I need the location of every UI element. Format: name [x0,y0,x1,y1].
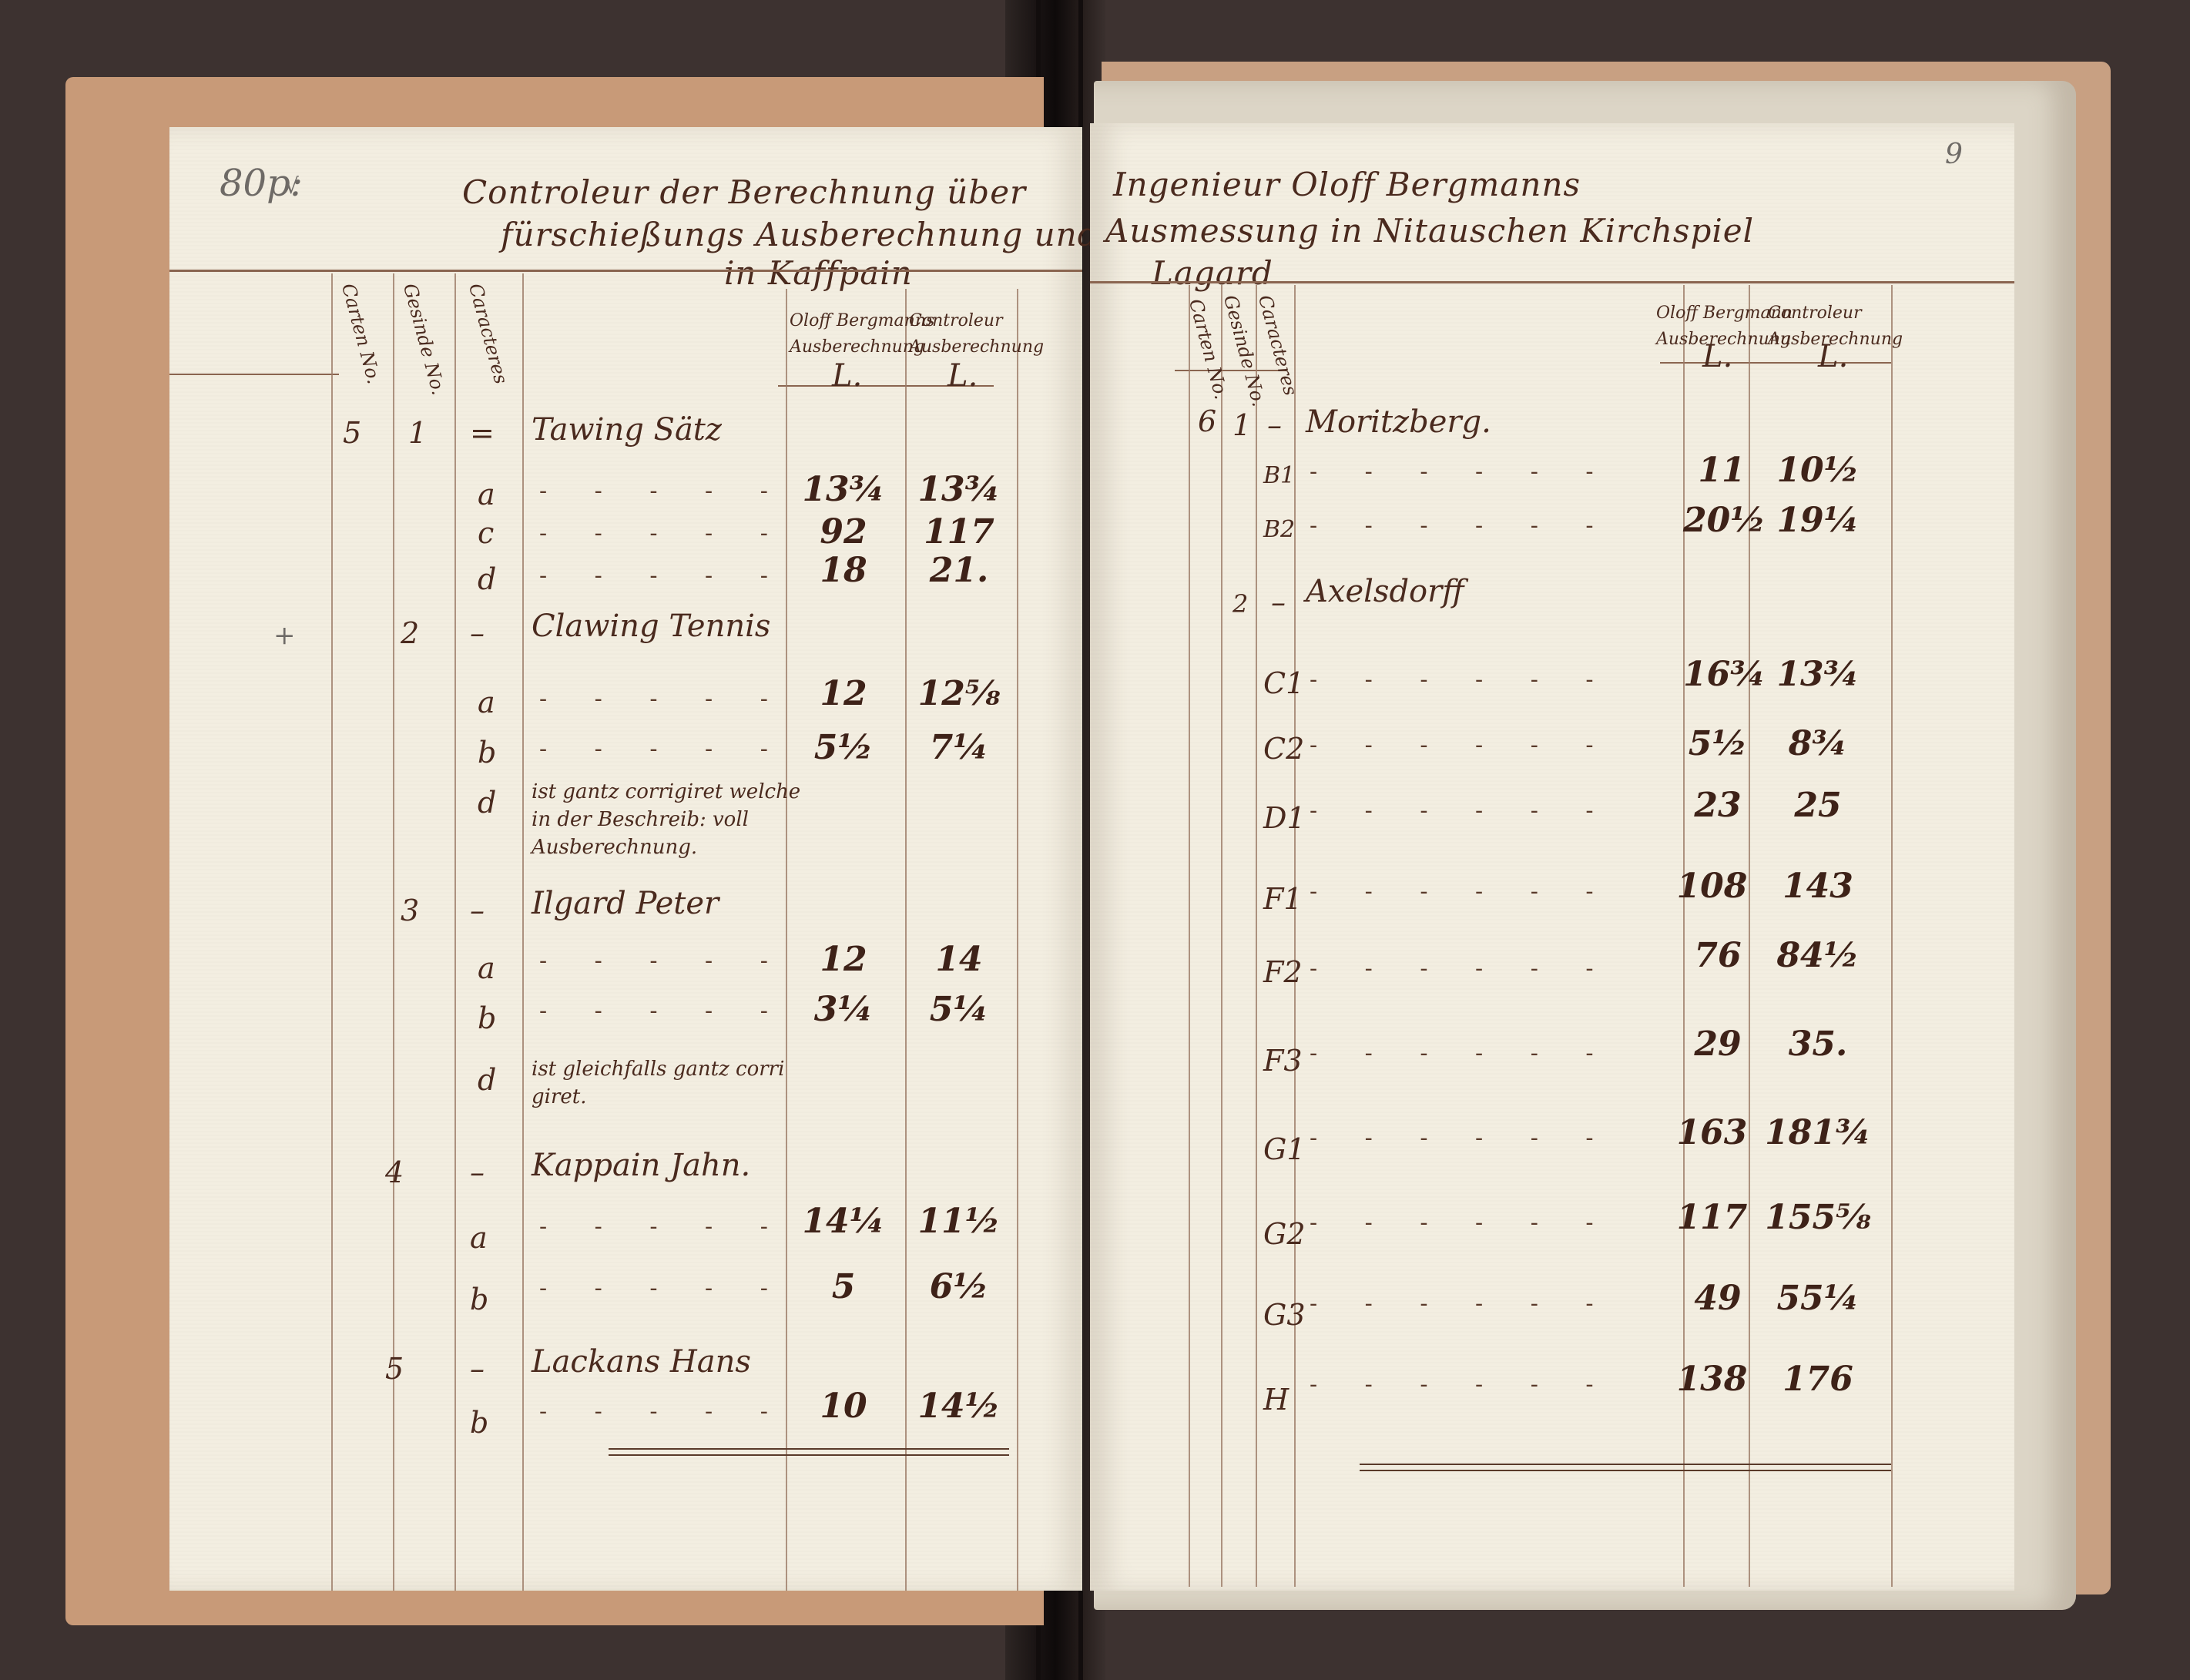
column-divider [1189,285,1190,1587]
char-mark: = [470,416,495,450]
heading-right-line1: Ingenieur Oloff Bergmanns [1113,166,1581,203]
farm-name: Kappain Jahn. [532,1148,750,1183]
column-header-carten: Carten No. [337,281,385,386]
column-divider [454,273,456,1591]
char-mark: a [470,1221,488,1255]
leader-dashes: - - - - - [539,1275,788,1302]
bergmann-amount: 5½ [1683,724,1752,763]
controleur-amount: 5¼ [913,990,1005,1029]
char-mark: C2 [1263,732,1304,766]
column-header-controleur-line1: Controleur [1768,300,1903,327]
leader-dashes: - - - - - [539,736,788,763]
leader-dashes: - - - - - [539,998,788,1024]
heading-left-line1: Controleur der Berechnung über [462,173,1026,211]
controleur-amount: 11½ [913,1202,1005,1241]
bergmann-amount: 163 [1672,1113,1752,1152]
bergmann-amount: 108 [1672,867,1752,906]
farm-name: Clawing Tennis [532,609,770,644]
char-mark: c [478,516,494,550]
char-mark: b [478,1001,496,1035]
char-mark: d [478,562,496,596]
leader-dashes: - - - - - [539,1213,788,1240]
bergmann-amount: 76 [1683,936,1752,975]
char-mark: G2 [1263,1217,1306,1251]
column-divider [1256,285,1257,1587]
gesinde-number: 1 [1233,408,1251,442]
gesinde-number: 5 [385,1352,404,1386]
bergmann-amount: 29 [1683,1024,1752,1064]
controleur-amount: 8¾ [1760,724,1876,763]
char-mark: b [470,1283,488,1316]
bergmann-amount: 138 [1672,1360,1752,1399]
leader-dashes: - - - - - - [1310,666,1614,693]
bergmann-amount: 5 [797,1267,890,1306]
char-mark: B1 [1263,462,1295,489]
controleur-amount: 19¼ [1760,501,1876,540]
carte-number: 5 [343,416,361,450]
bergmann-amount: 92 [797,512,890,552]
column-header-caracteres: Caracteres [464,281,512,386]
heading-right-line2: Ausmessung in Nitauschen Kirchspiel [1105,212,1754,250]
column-header-rule [169,374,339,375]
left-page: 80p: √ + Controleur der Berechnung über … [169,127,1082,1591]
controleur-amount: 6½ [913,1267,1005,1306]
farm-name: Axelsdorff [1306,574,1464,609]
bergmann-amount: 18 [797,551,890,590]
correction-note: ist gleichfalls gantz corri giret. [532,1055,784,1111]
controleur-amount: 84½ [1760,936,1876,975]
char-mark: a [478,686,495,719]
char-mark: F2 [1263,955,1303,989]
char-mark: G3 [1263,1298,1306,1332]
char-mark: b [470,1406,488,1440]
correction-note-line3: Ausberechnung. [532,833,800,861]
leader-dashes: - - - - - - [1310,1209,1614,1236]
amount-header-rule [1660,362,1891,364]
column-header-controleur-line1: Controleur [909,308,1044,334]
heading-left-line2: fürschießungs Ausberechnung und [501,216,1099,253]
column-divider [393,273,394,1591]
closing-double-rule [609,1448,1009,1456]
char-mark: a [478,951,495,985]
leader-dashes: - - - - - [539,520,788,547]
char-mark: b [478,736,496,770]
controleur-amount: 117 [913,512,1005,552]
leader-dashes: - - - - - - [1310,955,1614,982]
bergmann-amount: 5½ [797,728,890,767]
pencil-page-number: 9 [1945,139,1963,170]
leader-dashes: - - - - - - [1310,512,1614,539]
gesinde-number: 3 [401,894,419,927]
char-mark: F3 [1263,1044,1303,1078]
gesinde-number: 1 [408,416,427,450]
leader-dashes: - - - - - [539,1398,788,1425]
leader-dashes: - - - - - - [1310,458,1614,485]
pencil-check-mark: √ [285,173,299,199]
char-mark: – [470,1352,485,1386]
correction-note: ist gantz corrigiret welche in der Besch… [532,778,800,861]
leader-dashes: - - - - - - [1310,797,1614,824]
leader-dashes: - - - - - - [1310,1040,1614,1067]
correction-note-line2: in der Beschreib: voll [532,806,800,833]
controleur-amount: 14 [913,940,1005,979]
column-divider [1017,289,1018,1591]
controleur-amount: 155⅝ [1760,1198,1876,1237]
closing-double-rule [1360,1464,1891,1471]
column-divider [1221,285,1222,1587]
controleur-amount: 21. [913,551,1005,590]
farm-name: Ilgard Peter [532,886,719,921]
controleur-amount: 55¼ [1760,1279,1876,1318]
leader-dashes: - - - - - [539,947,788,974]
char-mark: – [470,1155,485,1189]
bergmann-amount: 11 [1691,451,1752,490]
column-header-controleur-line2: Ausberechnung [909,334,1044,360]
controleur-amount: 13¾ [1760,655,1876,694]
leader-dashes: - - - - - - [1310,878,1614,905]
column-divider [331,273,333,1591]
controleur-amount: 25 [1760,786,1876,825]
char-mark: C1 [1263,666,1304,700]
char-mark: – [1271,585,1286,619]
controleur-amount: 143 [1760,867,1876,906]
unit-label-controleur: L. [947,358,978,394]
bergmann-amount: 20½ [1683,501,1752,540]
bergmann-amount: 14¼ [797,1202,890,1241]
bergmann-amount: 3¼ [797,990,890,1029]
char-mark: F1 [1263,882,1303,916]
controleur-amount: 7¼ [913,728,1005,767]
controleur-amount: 176 [1760,1360,1876,1399]
bergmann-amount: 10 [797,1387,890,1426]
header-rule [169,270,1082,272]
column-header-gesinde: Gesinde No. [399,281,450,397]
controleur-amount: 181¾ [1760,1113,1876,1152]
leader-dashes: - - - - - [539,686,788,713]
column-divider [522,273,524,1591]
char-mark: d [478,786,496,820]
leader-dashes: - - - - - - [1310,732,1614,759]
char-mark: a [478,478,495,511]
column-divider [1891,285,1893,1587]
controleur-amount: 35. [1760,1024,1876,1064]
correction-note-line1: ist gleichfalls gantz corri [532,1055,784,1083]
bergmann-amount: 117 [1672,1198,1752,1237]
unit-label-controleur: L. [1818,339,1848,374]
header-rule [1090,281,2014,283]
char-mark: – [1267,408,1282,442]
controleur-amount: 10½ [1760,451,1876,490]
farm-name: Lackans Hans [532,1344,751,1380]
leader-dashes: - - - - - - [1310,1125,1614,1152]
column-header-controleur: Controleur Ausberechnung [909,308,1044,360]
column-divider [905,289,907,1591]
correction-note-line1: ist gantz corrigiret welche [532,778,800,806]
bergmann-amount: 16¾ [1683,655,1752,694]
char-mark: – [470,616,485,650]
margin-plus-mark: + [273,620,296,651]
unit-label-bergmann: L. [832,358,862,394]
leader-dashes: - - - - - [539,478,788,505]
bergmann-amount: 13¾ [797,470,890,509]
farm-name: Moritzberg. [1306,404,1491,440]
correction-note-line2: giret. [532,1083,784,1111]
leader-dashes: - - - - - [539,562,788,589]
right-page: 9 Ingenieur Oloff Bergmanns Ausmessung i… [1090,123,2014,1591]
column-header-rule [1175,370,1286,371]
leader-dashes: - - - - - - [1310,1371,1614,1398]
gesinde-number: 2 [1233,589,1248,619]
bergmann-amount: 23 [1683,786,1752,825]
carte-number: 6 [1198,404,1216,438]
char-mark: – [470,894,485,927]
controleur-amount: 13¾ [913,470,1005,509]
farm-name: Tawing Sätz [532,412,722,448]
heading-left-line3: in Kaffpain [724,254,913,292]
char-mark: G1 [1263,1132,1306,1166]
bergmann-amount: 12 [797,674,890,713]
bergmann-amount: 12 [797,940,890,979]
leader-dashes: - - - - - - [1310,1290,1614,1317]
gesinde-number: 4 [385,1155,404,1189]
controleur-amount: 14½ [913,1387,1005,1426]
char-mark: D1 [1263,801,1306,835]
char-mark: B2 [1263,516,1295,543]
char-mark: H [1263,1383,1289,1417]
char-mark: d [478,1063,496,1097]
controleur-amount: 12⅝ [913,674,1005,713]
unit-label-bergmann: L. [1702,339,1732,374]
bergmann-amount: 49 [1683,1279,1752,1318]
gesinde-number: 2 [401,616,419,650]
